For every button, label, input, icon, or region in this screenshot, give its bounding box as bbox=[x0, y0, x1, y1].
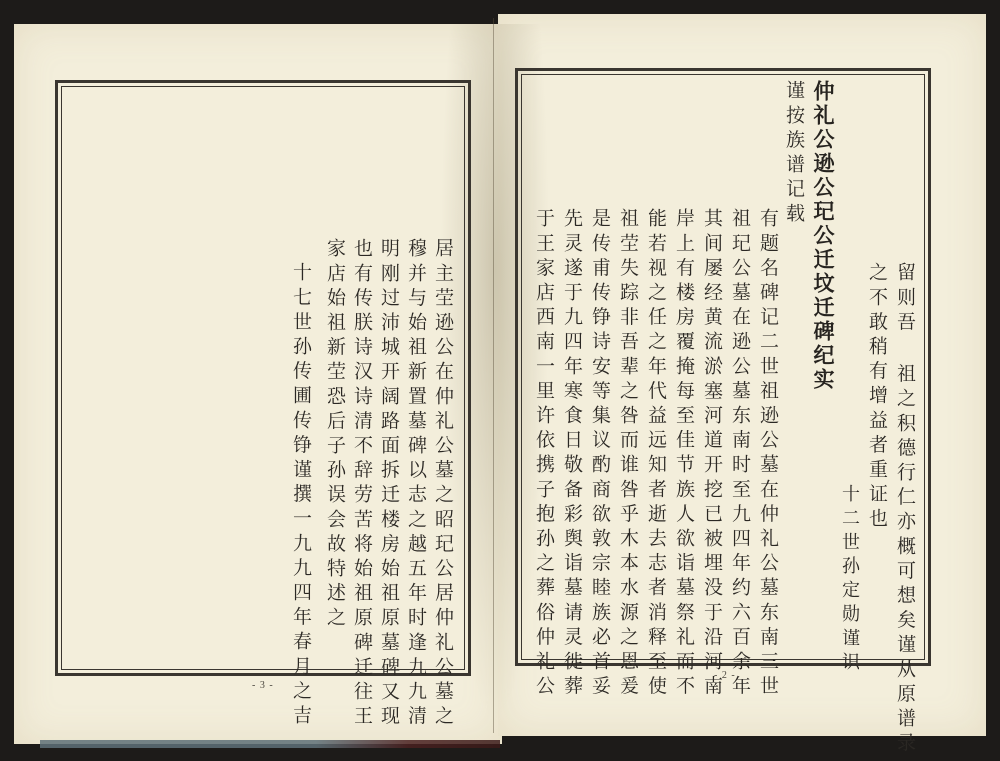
right-text-column-4: 祖玘公墓在逊公墓东南时至九四年约六百余年 bbox=[729, 208, 751, 700]
right-text-column-3: 有题名碑记二世祖逊公墓在仲礼公墓东南三世 bbox=[757, 208, 779, 700]
left-text-column-5: 家店始祖新茔恐后子孙误会故特述之 bbox=[324, 238, 346, 632]
right-text-column-11: 于王家店西南一里许依携子抱孙之葬俗仲礼公 bbox=[533, 208, 555, 700]
article-title: 仲礼公逊公玘公迁坟迁碑纪实 bbox=[812, 80, 834, 392]
right-text-column-6: 岸上有楼房覆掩每至佳节族人欲诣墓祭礼而不 bbox=[673, 208, 695, 700]
left-signature-seventeenth-generation: 十七世孙传圃传铮谨撰一九九四年春月之吉 bbox=[290, 262, 312, 729]
right-signature-twelfth-generation: 十二世孙定勋谨识 bbox=[838, 484, 860, 676]
page-number-left: - 3 - bbox=[252, 680, 274, 691]
left-text-column-1: 居主茔逊公在仲礼公墓之昭玘公居仲礼公墓之 bbox=[432, 238, 454, 730]
left-text-column-4: 也有传朕诗汉诗清不辞劳苦将始祖原碑迁往王 bbox=[351, 238, 373, 730]
right-text-column-8: 祖茔失踪非吾辈之咎而谁咎乎木本水源之恩爰 bbox=[617, 208, 639, 700]
left-text-column-2: 穆并与始祖新置墓碑以志之越五年时逢九九清 bbox=[405, 238, 427, 730]
right-text-column-1: 留则吾 祖之积德行仁亦概可想矣谨从原谱录 bbox=[894, 262, 916, 757]
right-text-column-10: 先灵遂于九四年寒食日敬备彩舆诣墓请灵徙葬 bbox=[561, 208, 583, 700]
book-cover-edge bbox=[40, 740, 500, 748]
right-text-column-7: 能若视之任之年代益远知者逝去志者消释至使 bbox=[645, 208, 667, 700]
right-text-column-9: 是传甫传铮诗安等集议酌商欲敦宗睦族必首妥 bbox=[589, 208, 611, 700]
book-spine bbox=[493, 18, 494, 733]
right-text-column-intro: 谨按族谱记载 bbox=[783, 80, 805, 228]
right-text-column-5: 其间屡经黄流淤塞河道开挖已被埋没于沿河南 bbox=[701, 208, 723, 700]
right-text-column-2: 之不敢稍有增益者重证也 bbox=[866, 262, 888, 533]
left-text-column-3: 明刚过沛城开阔路面拆迁楼房始祖原墓碑又现 bbox=[378, 238, 400, 730]
page-number-right: - 2 - bbox=[714, 670, 736, 681]
